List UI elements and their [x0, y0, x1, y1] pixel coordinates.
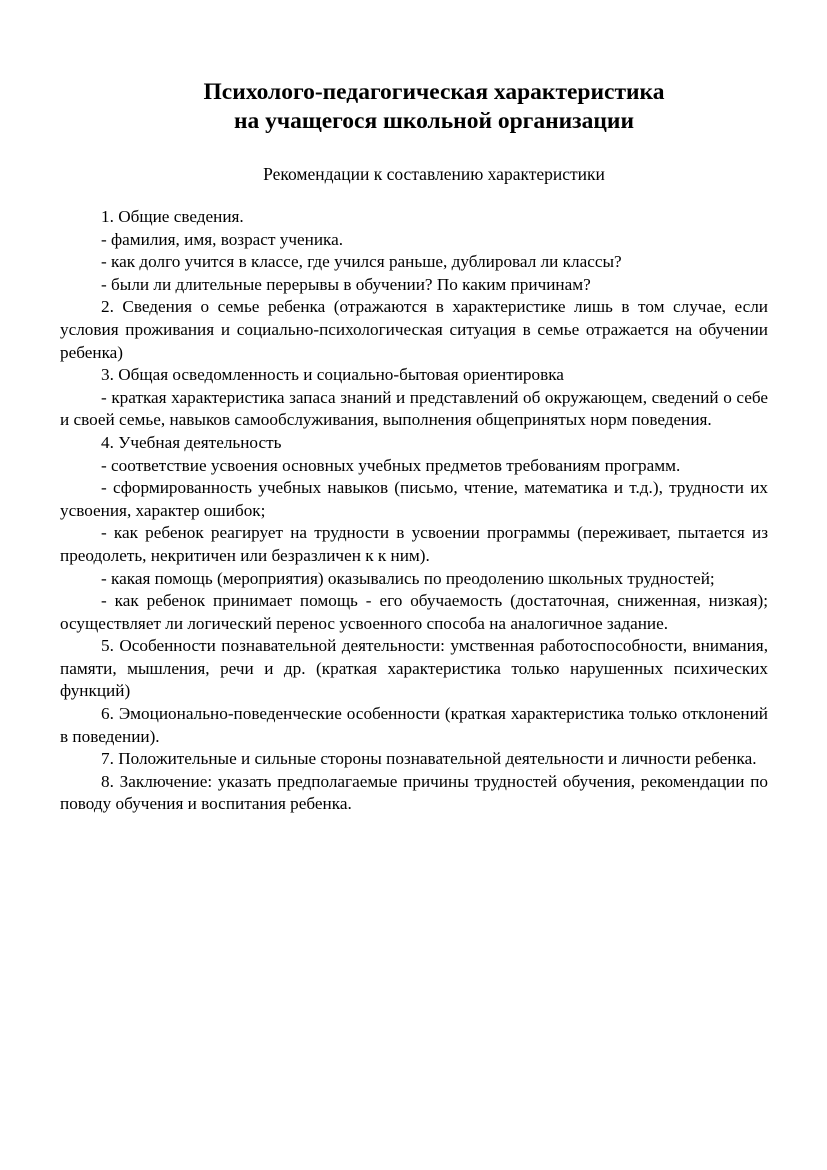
- list-item: - сформированность учебных навыков (пись…: [60, 477, 768, 522]
- section-5-paragraph: 5. Особенности познавательной деятельнос…: [60, 635, 768, 703]
- list-item: - как долго учится в классе, где учился …: [60, 251, 768, 274]
- document-page: Психолого-педагогическая характеристика …: [60, 78, 768, 816]
- section-2-paragraph: 2. Сведения о семье ребенка (отражаются …: [60, 296, 768, 364]
- list-item: - были ли длительные перерывы в обучении…: [60, 274, 768, 297]
- list-item: - как ребенок принимает помощь - его обу…: [60, 590, 768, 635]
- title-line-1: Психолого-педагогическая характеристика: [100, 78, 768, 107]
- document-body: 1. Общие сведения. - фамилия, имя, возра…: [60, 206, 768, 816]
- list-item: - как ребенок реагирует на трудности в у…: [60, 522, 768, 567]
- section-8-paragraph: 8. Заключение: указать предполагаемые пр…: [60, 771, 768, 816]
- list-item: - фамилия, имя, возраст ученика.: [60, 229, 768, 252]
- list-item: - какая помощь (мероприятия) оказывались…: [60, 568, 768, 591]
- section-7-paragraph: 7. Положительные и сильные стороны позна…: [60, 748, 768, 771]
- document-title: Психолого-педагогическая характеристика …: [60, 78, 768, 136]
- section-1-heading: 1. Общие сведения.: [60, 206, 768, 229]
- document-subtitle: Рекомендации к составлению характеристик…: [60, 163, 768, 185]
- section-6-paragraph: 6. Эмоционально-поведенческие особенност…: [60, 703, 768, 748]
- list-item: - краткая характеристика запаса знаний и…: [60, 387, 768, 432]
- section-4-heading: 4. Учебная деятельность: [60, 432, 768, 455]
- title-line-2: на учащегося школьной организации: [100, 107, 768, 136]
- section-3-heading: 3. Общая осведомленность и социально-быт…: [60, 364, 768, 387]
- list-item: - соответствие усвоения основных учебных…: [60, 455, 768, 478]
